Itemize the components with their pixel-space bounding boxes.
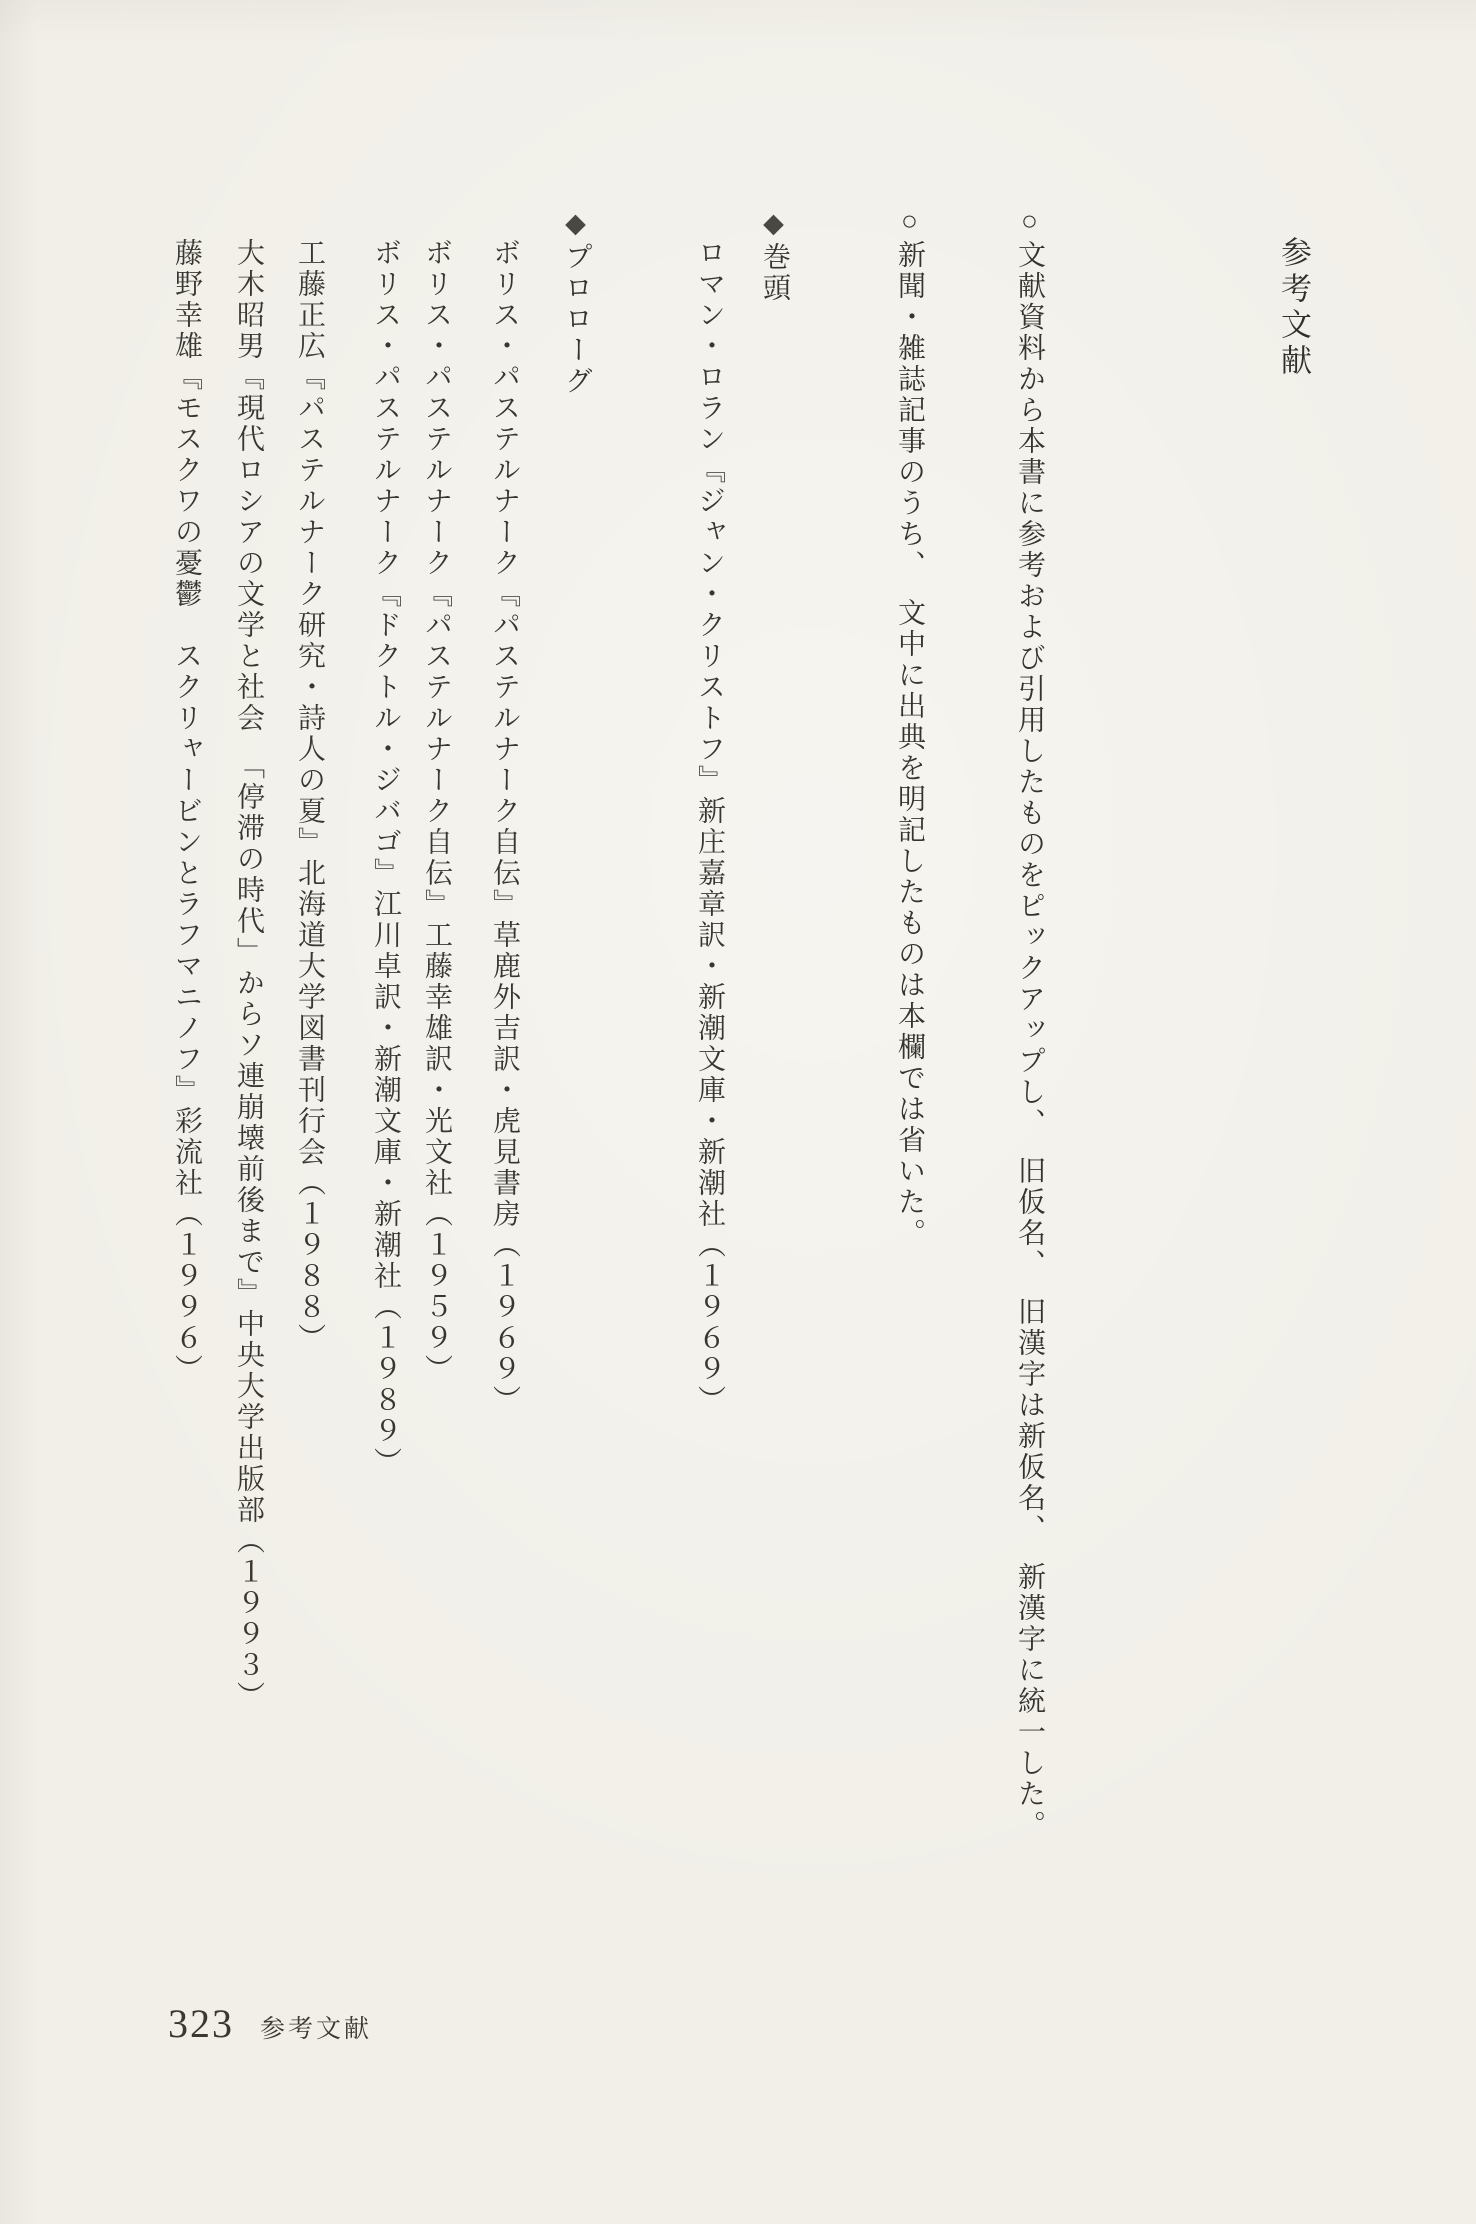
book-page: 参考文献 ○文献資料から本書に参考および引用したものをピックアップし、 旧仮名、… xyxy=(0,0,1476,2224)
note-line: ○新聞・雑誌記事のうち、 文中に出典を明記したものは本欄では省いた。 xyxy=(892,206,927,1249)
bibliography-entry: ロマン・ロラン『ジャン・クリストフ』新庄嘉章訳・新潮文庫・新潮社（１９６９） xyxy=(692,238,727,1416)
bibliography-entry: ボリス・パステルナーク『パステルナーク自伝』草鹿外吉訳・虎見書房（１９６９） xyxy=(487,238,522,1416)
bibliography-entry: ボリス・パステルナーク『ドクトル・ジバゴ』江川卓訳・新潮文庫・新潮社（１９８９） xyxy=(368,238,403,1478)
bibliography-entry: 大木昭男『現代ロシアの文学と社会 「停滞の時代」からソ連崩壊前後まで』中央大学出… xyxy=(231,238,266,1712)
bibliography-entry: ボリス・パステルナーク『パステルナーク自伝』工藤幸雄訳・光文社（１９５９） xyxy=(419,238,454,1385)
bibliography-entry: 藤野幸雄『モスクワの憂鬱 スクリャービンとラフマニノフ』彩流社（１９９６） xyxy=(169,238,204,1385)
note-text: 文献資料から本書に参考および引用したものをピックアップし、 旧仮名、 旧漢字は新… xyxy=(1014,240,1045,1841)
diamond-bullet-icon: ◆ xyxy=(759,208,789,242)
note-text: 新聞・雑誌記事のうち、 文中に出典を明記したものは本欄では省いた。 xyxy=(894,240,925,1249)
page-number: 323 xyxy=(168,2000,234,2047)
page-footer: 323 参考文献 xyxy=(168,2000,372,2047)
section-heading-text: プロローグ xyxy=(561,242,592,397)
circle-bullet-icon: ○ xyxy=(894,206,925,240)
section-heading-text: 巻頭 xyxy=(759,242,790,304)
circle-bullet-icon: ○ xyxy=(1014,206,1045,240)
bibliography-entry: 工藤正広『パステルナーク研究・詩人の夏』北海道大学図書刊行会（１９８８） xyxy=(292,238,327,1354)
diamond-bullet-icon: ◆ xyxy=(561,208,591,242)
section-heading: ◆プロローグ xyxy=(558,208,594,397)
note-line: ○文献資料から本書に参考および引用したものをピックアップし、 旧仮名、 旧漢字は… xyxy=(1012,206,1047,1841)
page-title: 参考文献 xyxy=(1273,236,1312,380)
footer-section-label: 参考文献 xyxy=(260,2009,372,2045)
section-heading: ◆巻頭 xyxy=(756,208,792,304)
